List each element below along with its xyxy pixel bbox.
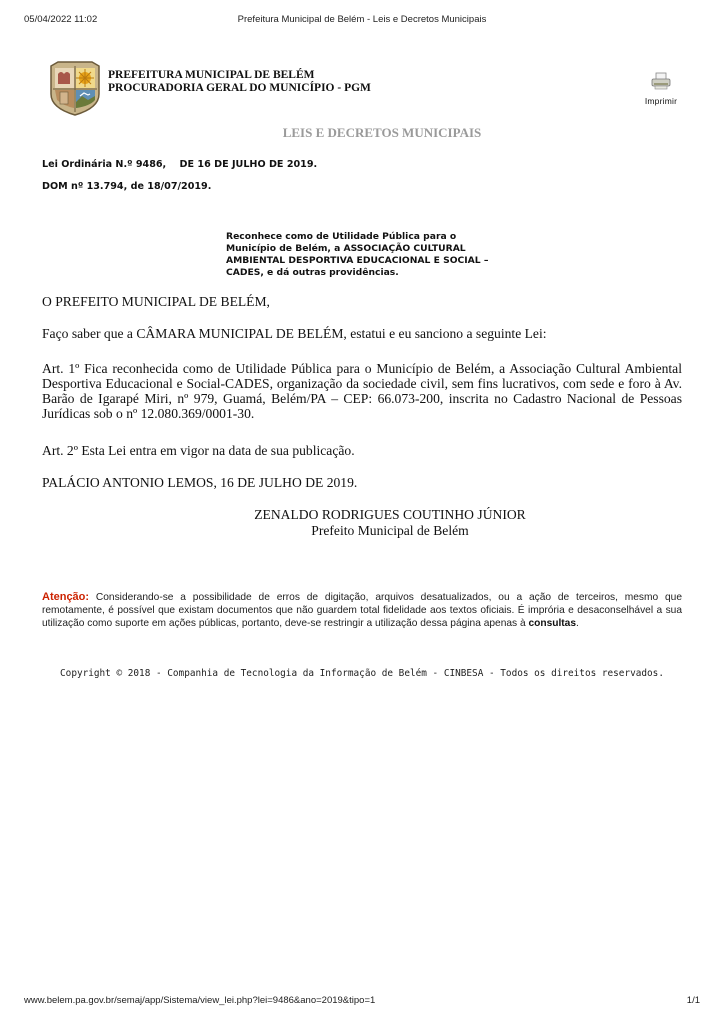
signatory-name: ZENALDO RODRIGUES COUTINHO JÚNIOR (240, 507, 540, 523)
disclaimer-end: . (576, 618, 579, 629)
place-and-date: PALÁCIO ANTONIO LEMOS, 16 DE JULHO DE 20… (42, 475, 682, 490)
law-identifier: Lei Ordinária N.º 9486, DE 16 DE JULHO D… (42, 159, 317, 170)
belem-coat-of-arms-icon (48, 60, 102, 116)
print-header: 05/04/2022 11:02 Prefeitura Municipal de… (0, 14, 724, 28)
law-ementa: Reconhece como de Utilidade Pública para… (226, 231, 496, 279)
disclaimer-text: Considerando-se a possibilidade de erros… (42, 592, 682, 629)
print-url: www.belem.pa.gov.br/semaj/app/Sistema/vi… (24, 995, 375, 1006)
signature-block: ZENALDO RODRIGUES COUTINHO JÚNIOR Prefei… (240, 507, 540, 539)
article-1: Art. 1º Fica reconhecida como de Utilida… (42, 361, 682, 421)
opening-paragraph: O PREFEITO MUNICIPAL DE BELÉM, (42, 294, 682, 309)
printer-icon (650, 77, 672, 94)
print-button[interactable]: Imprimir (640, 72, 682, 104)
section-title: LEIS E DECRETOS MUNICIPAIS (0, 125, 724, 141)
copyright-notice: Copyright © 2018 - Companhia de Tecnolog… (42, 668, 682, 679)
disclaimer: Atenção: Considerando-se a possibilidade… (42, 591, 682, 630)
print-button-label: Imprimir (640, 96, 682, 106)
article-2: Art. 2º Esta Lei entra em vigor na data … (42, 443, 682, 458)
org-name-prefeitura: PREFEITURA MUNICIPAL DE BELÉM (108, 69, 371, 82)
org-names: PREFEITURA MUNICIPAL DE BELÉM PROCURADOR… (108, 69, 371, 95)
signatory-role: Prefeito Municipal de Belém (240, 523, 540, 539)
org-name-pgm: PROCURADORIA GERAL DO MUNICÍPIO - PGM (108, 82, 371, 95)
print-page-title: Prefeitura Municipal de Belém - Leis e D… (0, 14, 724, 25)
disclaimer-label: Atenção: (42, 591, 89, 603)
disclaimer-emphasis: consultas (528, 618, 576, 629)
page-number: 1/1 (687, 995, 700, 1006)
print-footer: www.belem.pa.gov.br/semaj/app/Sistema/vi… (0, 995, 724, 1009)
dom-reference: DOM nº 13.794, de 18/07/2019. (42, 181, 211, 192)
enactment-paragraph: Faço saber que a CÂMARA MUNICIPAL DE BEL… (42, 326, 682, 341)
